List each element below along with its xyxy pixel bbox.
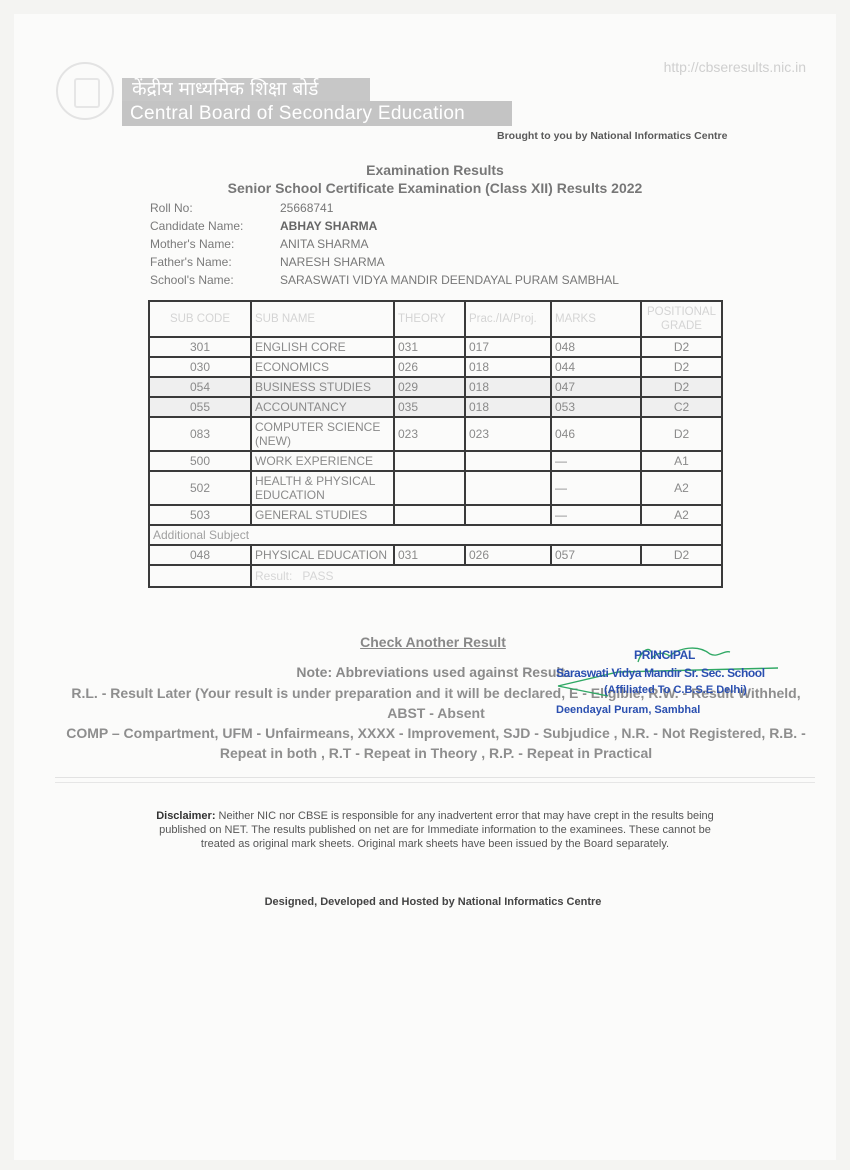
sub-name-cell: WORK EXPERIENCE	[251, 451, 394, 471]
divider	[55, 777, 815, 783]
sub-code-cell: 301	[149, 337, 251, 357]
practical-cell	[465, 451, 551, 471]
sub-name-cell: ECONOMICS	[251, 357, 394, 377]
grade-cell: D2	[641, 545, 722, 565]
sub-code-cell: 055	[149, 397, 251, 417]
grade-cell: D2	[641, 357, 722, 377]
marks-cell: 044	[551, 357, 641, 377]
stamp-title: PRINCIPAL	[634, 648, 695, 662]
theory-cell: 035	[394, 397, 465, 417]
site-url: http://cbseresults.nic.in	[664, 59, 806, 75]
table-row: 502HEALTH & PHYSICAL EDUCATION—A2	[149, 471, 722, 505]
school-name-row: School's Name: SARASWATI VIDYA MANDIR DE…	[150, 271, 619, 289]
sub-name-cell: PHYSICAL EDUCATION	[251, 545, 394, 565]
stamp-affiliation: (Affiliated To C.B.S.E Delhi)	[604, 684, 747, 696]
practical-cell	[465, 505, 551, 525]
table-row: 030ECONOMICS026018044D2	[149, 357, 722, 377]
footer-credit: Designed, Developed and Hosted by Nation…	[0, 896, 850, 908]
marks-cell: 057	[551, 545, 641, 565]
theory-cell: 029	[394, 377, 465, 397]
mother-name-row: Mother's Name: ANITA SHARMA	[150, 235, 619, 253]
field-label: School's Name:	[150, 271, 280, 289]
table-row: 301ENGLISH CORE031017048D2	[149, 337, 722, 357]
col-header-sub-code: SUB CODE	[149, 301, 251, 337]
sub-code-cell: 054	[149, 377, 251, 397]
grade-cell: D2	[641, 377, 722, 397]
table-header-row: SUB CODE SUB NAME THEORY Prac./IA/Proj. …	[149, 301, 722, 337]
table-row: 500WORK EXPERIENCE—A1	[149, 451, 722, 471]
disclaimer: Disclaimer: Neither NIC nor CBSE is resp…	[150, 809, 720, 851]
grade-cell: A2	[641, 505, 722, 525]
practical-cell: 023	[465, 417, 551, 451]
stamp-place: Deendayal Puram, Sambhal	[556, 704, 700, 716]
brought-by-text: Brought to you by National Informatics C…	[497, 130, 727, 142]
candidate-name-row: Candidate Name: ABHAY SHARMA	[150, 217, 619, 235]
marks-cell: 053	[551, 397, 641, 417]
roll-no-row: Roll No: 25668741	[150, 199, 619, 217]
disclaimer-text: Neither NIC nor CBSE is responsible for …	[159, 810, 714, 850]
practical-cell: 018	[465, 377, 551, 397]
marks-cell: —	[551, 451, 641, 471]
table-row: 054BUSINESS STUDIES029018047D2	[149, 377, 722, 397]
father-name-row: Father's Name: NARESH SHARMA	[150, 253, 619, 271]
result-blank-cell	[149, 565, 251, 587]
cbse-logo-icon	[56, 62, 114, 120]
sub-name-cell: ACCOUNTANCY	[251, 397, 394, 417]
sub-code-cell: 048	[149, 545, 251, 565]
practical-cell	[465, 471, 551, 505]
principal-stamp: PRINCIPAL Saraswati Vidya Mandir Sr. Sec…	[548, 644, 788, 744]
grade-cell: D2	[641, 337, 722, 357]
stamp-school: Saraswati Vidya Mandir Sr. Sec. School	[556, 666, 765, 680]
result-label: Result:	[255, 569, 292, 583]
mother-name-value: ANITA SHARMA	[280, 235, 368, 253]
additional-subject-label: Additional Subject	[149, 525, 722, 545]
grade-cell: A2	[641, 471, 722, 505]
marks-cell: 046	[551, 417, 641, 451]
col-header-grade: POSITIONAL GRADE	[641, 301, 722, 337]
theory-cell	[394, 471, 465, 505]
field-label: Father's Name:	[150, 253, 280, 271]
marks-table: SUB CODE SUB NAME THEORY Prac./IA/Proj. …	[148, 300, 723, 588]
candidate-name-value: ABHAY SHARMA	[280, 217, 377, 235]
father-name-value: NARESH SHARMA	[280, 253, 385, 271]
theory-cell: 026	[394, 357, 465, 377]
sub-name-cell: ENGLISH CORE	[251, 337, 394, 357]
theory-cell	[394, 451, 465, 471]
marks-cell: —	[551, 471, 641, 505]
table-row: 503GENERAL STUDIES—A2	[149, 505, 722, 525]
marks-cell: 047	[551, 377, 641, 397]
practical-cell: 026	[465, 545, 551, 565]
marks-table-body: 301ENGLISH CORE031017048D2030ECONOMICS02…	[149, 337, 722, 587]
grade-cell: C2	[641, 397, 722, 417]
sub-name-cell: BUSINESS STUDIES	[251, 377, 394, 397]
field-label: Candidate Name:	[150, 217, 280, 235]
result-cell: Result:PASS	[251, 565, 722, 587]
table-row: 055ACCOUNTANCY035018053C2	[149, 397, 722, 417]
col-header-sub-name: SUB NAME	[251, 301, 394, 337]
sub-name-cell: COMPUTER SCIENCE (NEW)	[251, 417, 394, 451]
school-name-value: SARASWATI VIDYA MANDIR DEENDAYAL PURAM S…	[280, 271, 619, 289]
board-name-english: Central Board of Secondary Education	[122, 101, 512, 126]
col-header-practical: Prac./IA/Proj.	[465, 301, 551, 337]
theory-cell: 023	[394, 417, 465, 451]
exam-title: Senior School Certificate Examination (C…	[0, 180, 850, 196]
practical-cell: 018	[465, 397, 551, 417]
table-row: 083COMPUTER SCIENCE (NEW)023023046D2	[149, 417, 722, 451]
sub-name-cell: GENERAL STUDIES	[251, 505, 394, 525]
page-title: Examination Results	[0, 162, 850, 178]
additional-subject-row: Additional Subject	[149, 525, 722, 545]
roll-no-value: 25668741	[280, 199, 333, 217]
sub-name-cell: HEALTH & PHYSICAL EDUCATION	[251, 471, 394, 505]
marks-cell: 048	[551, 337, 641, 357]
result-value: PASS	[302, 569, 333, 583]
theory-cell: 031	[394, 337, 465, 357]
field-label: Roll No:	[150, 199, 280, 217]
sub-code-cell: 502	[149, 471, 251, 505]
board-name-hindi: केंद्रीय माध्यमिक शिक्षा बोर्ड	[122, 78, 370, 101]
col-header-theory: THEORY	[394, 301, 465, 337]
result-row: Result:PASS	[149, 565, 722, 587]
table-row: 048PHYSICAL EDUCATION031026057D2	[149, 545, 722, 565]
col-header-marks: MARKS	[551, 301, 641, 337]
disclaimer-label: Disclaimer:	[156, 810, 215, 822]
practical-cell: 017	[465, 337, 551, 357]
candidate-info: Roll No: 25668741 Candidate Name: ABHAY …	[150, 199, 619, 289]
theory-cell: 031	[394, 545, 465, 565]
sub-code-cell: 030	[149, 357, 251, 377]
practical-cell: 018	[465, 357, 551, 377]
sub-code-cell: 500	[149, 451, 251, 471]
grade-cell: A1	[641, 451, 722, 471]
sub-code-cell: 503	[149, 505, 251, 525]
grade-cell: D2	[641, 417, 722, 451]
marks-cell: —	[551, 505, 641, 525]
sub-code-cell: 083	[149, 417, 251, 451]
theory-cell	[394, 505, 465, 525]
field-label: Mother's Name:	[150, 235, 280, 253]
